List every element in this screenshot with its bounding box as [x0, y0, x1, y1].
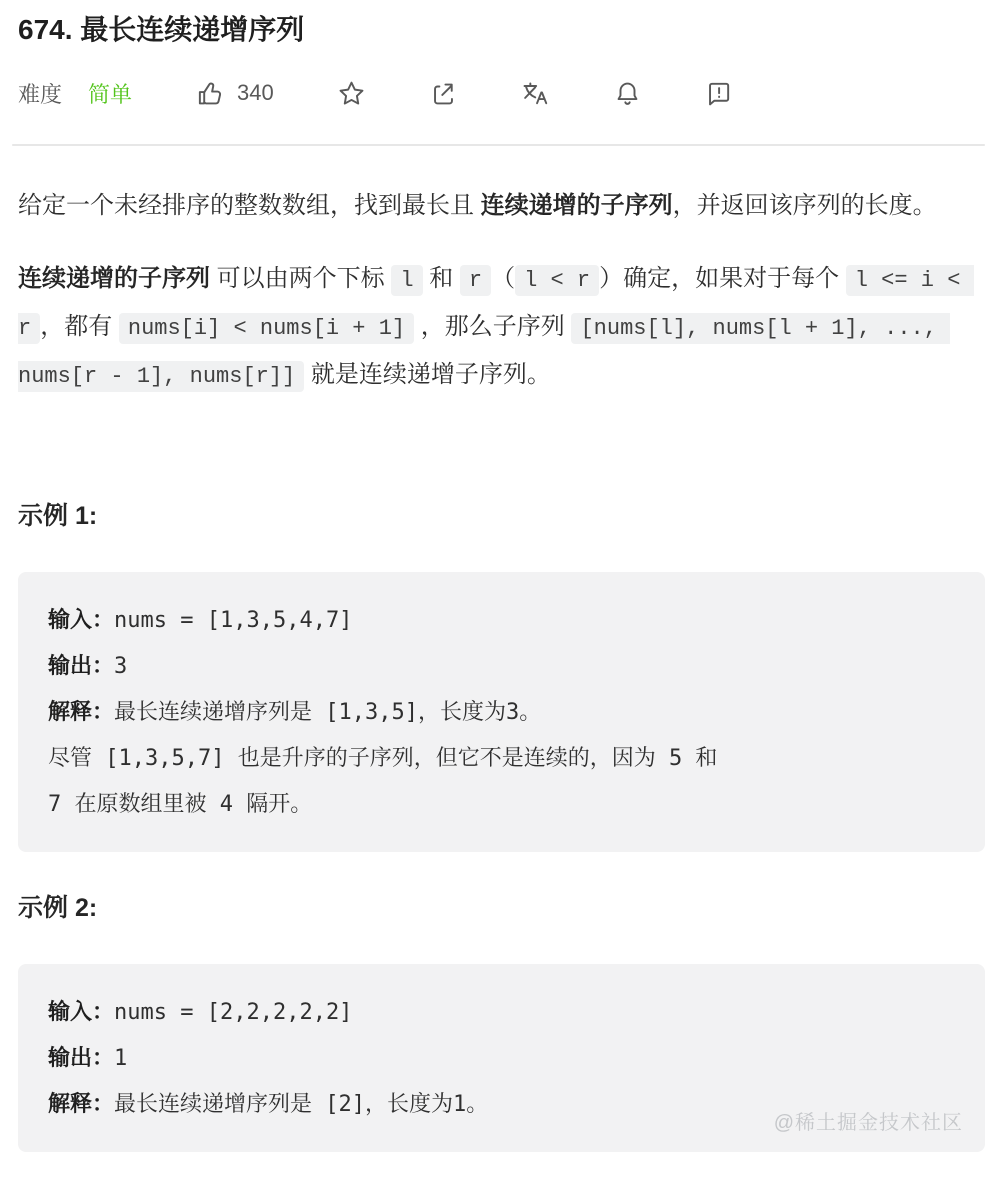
example-input-line: 输入：nums = [1,3,5,4,7]	[48, 598, 955, 644]
explanation-label: 解释：	[48, 1092, 114, 1117]
page-title: 674. 最长连续递增序列	[18, 12, 985, 48]
example-2-block: 输入：nums = [2,2,2,2,2] 输出：1 解释：最长连续递增序列是 …	[18, 964, 985, 1152]
text-run: 和	[423, 265, 460, 292]
notifications-button[interactable]	[613, 79, 642, 108]
explanation-text: 尽管 [1,3,5,7] 也是升序的子序列，但它不是连续的，因为 5 和	[48, 746, 717, 771]
text-run: 给定一个未经排序的整数数组，找到最长且	[18, 192, 481, 219]
explanation-text: 7 在原数组里被 4 隔开。	[48, 792, 312, 817]
inline-code: nums[i] < nums[i + 1]	[119, 313, 414, 344]
text-run: 就是连续递增子序列。	[304, 361, 551, 388]
like-count: 340	[237, 80, 274, 106]
inline-code: l < r	[515, 265, 599, 296]
output-label: 输出：	[48, 1046, 114, 1071]
share-icon	[429, 79, 458, 108]
header-divider	[12, 144, 985, 146]
translate-button[interactable]	[520, 78, 551, 109]
thumbs-up-icon	[196, 79, 225, 108]
difficulty-badge: 简单	[88, 78, 132, 109]
inline-code: r	[460, 265, 491, 296]
text-run-bold: 连续递增的子序列	[18, 265, 210, 292]
input-value: nums = [2,2,2,2,2]	[114, 1000, 352, 1025]
output-value: 1	[114, 1046, 127, 1071]
output-label: 输出：	[48, 654, 114, 679]
example-2-heading: 示例 2:	[18, 888, 985, 924]
difficulty-label: 难度	[18, 78, 62, 109]
text-run: ，那么子序列	[414, 313, 571, 340]
text-run-bold: 连续递增的子序列	[481, 192, 673, 219]
example-output-line: 输出：3	[48, 644, 955, 690]
example-input-line: 输入：nums = [2,2,2,2,2]	[48, 990, 955, 1036]
input-label: 输入：	[48, 608, 114, 633]
meta-row: 难度 简单 340	[18, 76, 985, 110]
watermark: @稀土掘金技术社区	[774, 1100, 963, 1146]
example-explanation-line: 尽管 [1,3,5,7] 也是升序的子序列，但它不是连续的，因为 5 和	[48, 736, 955, 782]
feedback-button[interactable]	[704, 79, 733, 108]
favorite-button[interactable]	[336, 78, 367, 109]
explanation-text: 最长连续递增序列是 [2]，长度为1。	[114, 1092, 488, 1117]
output-value: 3	[114, 654, 127, 679]
text-run: 可以由两个下标	[210, 265, 391, 292]
description-paragraph-1: 给定一个未经排序的整数数组，找到最长且 连续递增的子序列，并返回该序列的长度。	[18, 184, 985, 228]
example-1-block: 输入：nums = [1,3,5,4,7] 输出：3 解释：最长连续递增序列是 …	[18, 572, 985, 852]
translate-icon	[520, 78, 551, 109]
star-icon	[336, 78, 367, 109]
input-label: 输入：	[48, 1000, 114, 1025]
example-output-line: 输出：1	[48, 1036, 955, 1082]
problem-description: 给定一个未经排序的整数数组，找到最长且 连续递增的子序列，并返回该序列的长度。 …	[18, 184, 985, 400]
explanation-label: 解释：	[48, 700, 114, 725]
bell-icon	[613, 79, 642, 108]
description-paragraph-2: 连续递增的子序列 可以由两个下标 l 和 r（l < r）确定，如果对于每个 l…	[18, 256, 985, 400]
input-value: nums = [1,3,5,4,7]	[114, 608, 352, 633]
text-run: ，都有	[40, 313, 119, 340]
explanation-text: 最长连续递增序列是 [1,3,5]，长度为3。	[114, 700, 541, 725]
like-button[interactable]: 340	[196, 79, 274, 108]
feedback-icon	[704, 79, 733, 108]
example-explanation-line: 7 在原数组里被 4 隔开。	[48, 782, 955, 828]
text-run: ）确定，如果对于每个	[599, 265, 846, 292]
text-run: ，并返回该序列的长度。	[673, 192, 937, 219]
problem-page: 674. 最长连续递增序列 难度 简单 340	[0, 0, 1005, 1182]
example-1-heading: 示例 1:	[18, 496, 985, 532]
share-button[interactable]	[429, 79, 458, 108]
text-run: （	[491, 265, 515, 292]
inline-code: l	[391, 265, 422, 296]
example-explanation-line: 解释：最长连续递增序列是 [1,3,5]，长度为3。	[48, 690, 955, 736]
